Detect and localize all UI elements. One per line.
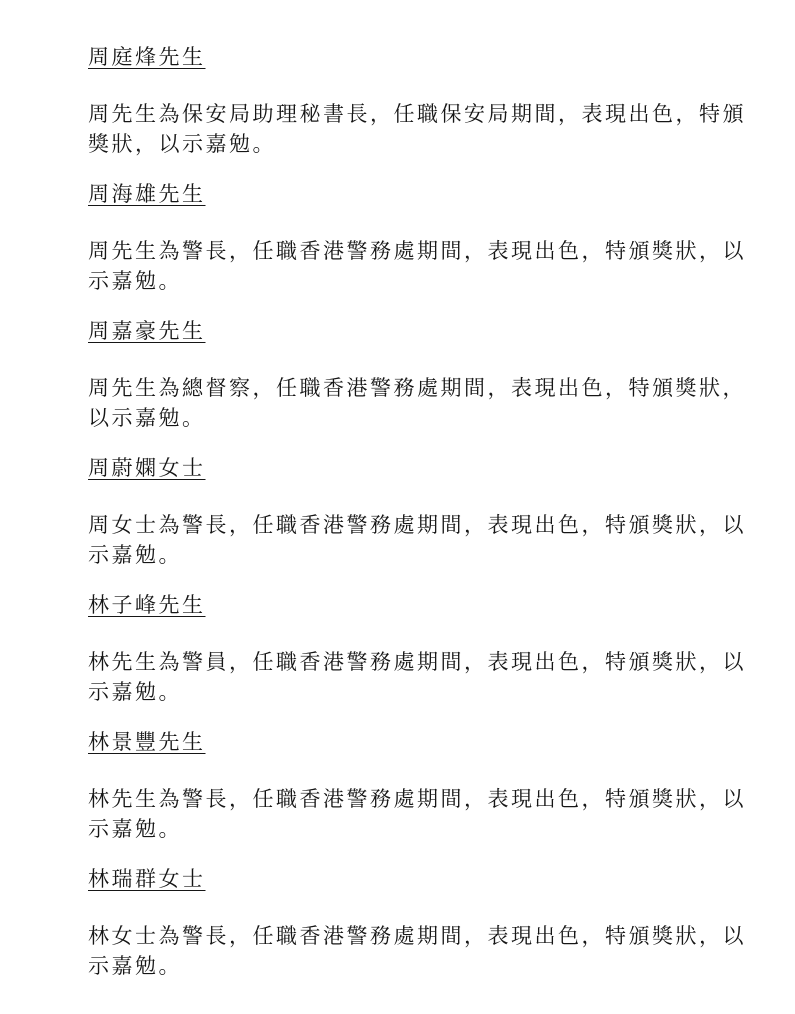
- commendation-entry: 林子峰先生 林先生為警員，任職香港警務處期間，表現出色，特頒獎狀，以 示嘉勉。: [88, 590, 749, 707]
- citation-paragraph: 周先生為警長，任職香港警務處期間，表現出色，特頒獎狀，以 示嘉勉。: [88, 236, 749, 296]
- citation-paragraph: 周先生為保安局助理秘書長，任職保安局期間，表現出色，特頒 獎狀，以示嘉勉。: [88, 99, 749, 159]
- recipient-name-heading: 林子峰先生: [88, 590, 749, 620]
- commendation-entry: 周海雄先生 周先生為警長，任職香港警務處期間，表現出色，特頒獎狀，以 示嘉勉。: [88, 179, 749, 296]
- citation-paragraph: 林先生為警長，任職香港警務處期間，表現出色，特頒獎狀，以 示嘉勉。: [88, 784, 749, 844]
- citation-paragraph: 周女士為警長，任職香港警務處期間，表現出色，特頒獎狀，以 示嘉勉。: [88, 510, 749, 570]
- recipient-name-heading: 林瑞群女士: [88, 864, 749, 894]
- recipient-name-heading: 林景豐先生: [88, 727, 749, 757]
- citation-paragraph: 林女士為警長，任職香港警務處期間，表現出色，特頒獎狀，以 示嘉勉。: [88, 921, 749, 981]
- commendation-entry: 周庭烽先生 周先生為保安局助理秘書長，任職保安局期間，表現出色，特頒 獎狀，以示…: [88, 42, 749, 159]
- commendation-entry: 林景豐先生 林先生為警長，任職香港警務處期間，表現出色，特頒獎狀，以 示嘉勉。: [88, 727, 749, 844]
- recipient-name-heading: 周嘉豪先生: [88, 316, 749, 346]
- recipient-name-heading: 周蔚嫻女士: [88, 453, 749, 483]
- recipient-name-heading: 周海雄先生: [88, 179, 749, 209]
- document-page: 周庭烽先生 周先生為保安局助理秘書長，任職保安局期間，表現出色，特頒 獎狀，以示…: [0, 0, 795, 1014]
- commendation-entry: 林瑞群女士 林女士為警長，任職香港警務處期間，表現出色，特頒獎狀，以 示嘉勉。: [88, 864, 749, 981]
- commendation-entry: 周蔚嫻女士 周女士為警長，任職香港警務處期間，表現出色，特頒獎狀，以 示嘉勉。: [88, 453, 749, 570]
- commendation-entry: 周嘉豪先生 周先生為總督察，任職香港警務處期間，表現出色，特頒獎狀， 以示嘉勉。: [88, 316, 749, 433]
- citation-paragraph: 林先生為警員，任職香港警務處期間，表現出色，特頒獎狀，以 示嘉勉。: [88, 647, 749, 707]
- recipient-name-heading: 周庭烽先生: [88, 42, 749, 72]
- citation-paragraph: 周先生為總督察，任職香港警務處期間，表現出色，特頒獎狀， 以示嘉勉。: [88, 373, 749, 433]
